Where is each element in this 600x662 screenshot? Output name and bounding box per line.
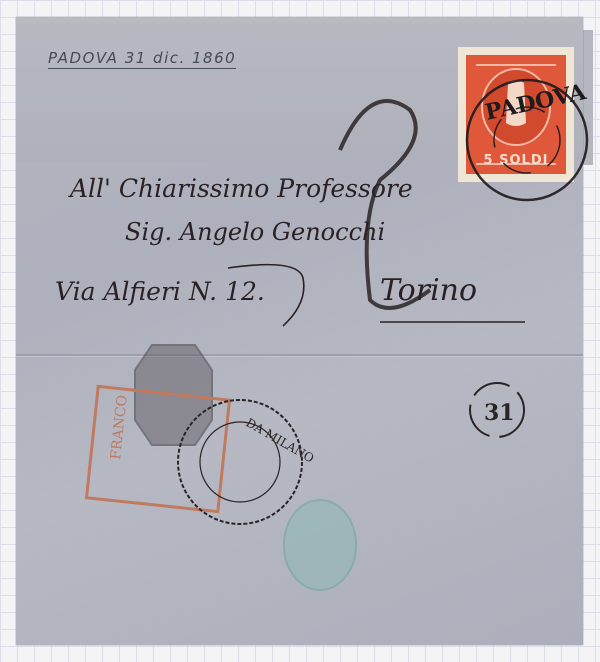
- green-seal: [284, 500, 356, 590]
- circular-cancel: [178, 400, 302, 524]
- address-city: Torino: [380, 273, 477, 308]
- boxed-cancel-text: FRANCO: [108, 394, 131, 460]
- address-line-2: Sig. Angelo Genocchi: [125, 218, 385, 246]
- address-line-3: Via Alfieri N. 12.: [55, 277, 265, 306]
- address-line-1: All' Chiarissimo Professore: [68, 174, 413, 203]
- ink-layer: PADOVA All' Chiarissimo Professore Sig. …: [0, 0, 600, 662]
- small-circle-number: 31: [484, 400, 515, 426]
